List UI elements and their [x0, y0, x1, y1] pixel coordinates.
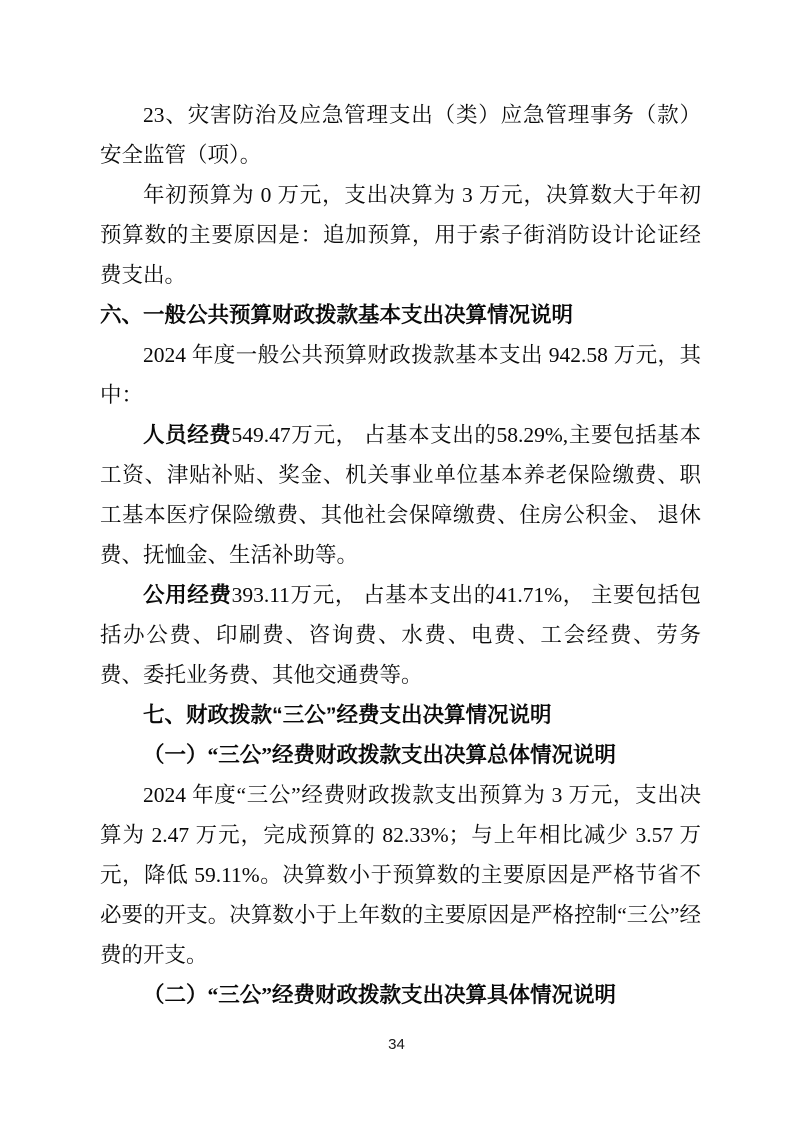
paragraph-item23-detail: 年初预算为 0 万元，支出决算为 3 万元，决算数大于年初预算数的主要原因是：追…: [100, 175, 701, 295]
public-expense-label: 公用经费: [143, 583, 232, 607]
document-page: 23、灾害防治及应急管理支出（类）应急管理事务（款）安全监管（项）。 年初预算为…: [0, 0, 793, 1122]
paragraph-item23-title: 23、灾害防治及应急管理支出（类）应急管理事务（款）安全监管（项）。: [100, 95, 701, 175]
personnel-expense-label: 人员经费: [143, 423, 232, 447]
section-7-sub2-heading: （二）“三公”经费财政拨款支出决算具体情况说明: [100, 975, 701, 1015]
paragraph-public-expense: 公用经费393.11万元， 占基本支出的41.71%， 主要包括包括办公费、印刷…: [100, 575, 701, 695]
page-number: 34: [0, 1036, 793, 1053]
paragraph-section6-intro: 2024 年度一般公共预算财政拨款基本支出 942.58 万元，其中：: [100, 335, 701, 415]
document-body: 23、灾害防治及应急管理支出（类）应急管理事务（款）安全监管（项）。 年初预算为…: [100, 95, 701, 1015]
paragraph-personnel-expense: 人员经费549.47万元， 占基本支出的58.29%,主要包括基本工资、津贴补贴…: [100, 415, 701, 575]
section-6-heading: 六、一般公共预算财政拨款基本支出决算情况说明: [100, 295, 701, 335]
section-7-heading: 七、财政拨款“三公”经费支出决算情况说明: [100, 695, 701, 735]
paragraph-section7-sub1-body: 2024 年度“三公”经费财政拨款支出预算为 3 万元，支出决算为 2.47 万…: [100, 775, 701, 975]
section-7-sub1-heading: （一）“三公”经费财政拨款支出决算总体情况说明: [100, 735, 701, 775]
